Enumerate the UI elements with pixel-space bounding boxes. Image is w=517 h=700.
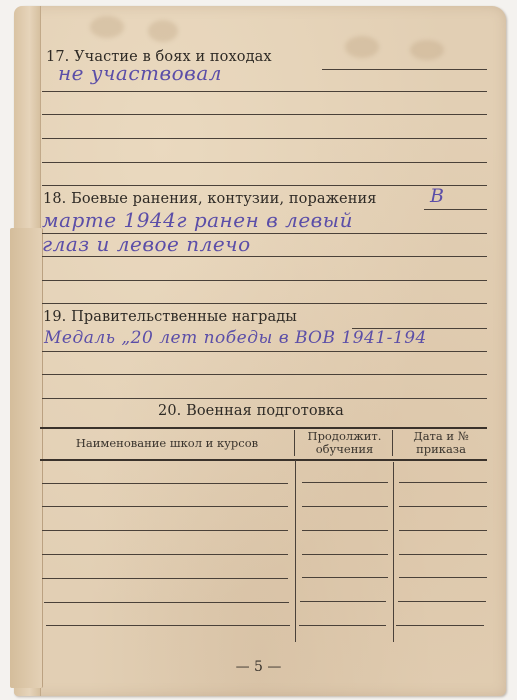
section-17-line <box>42 138 487 139</box>
table-row-line <box>302 577 388 578</box>
section-17-line <box>42 185 487 186</box>
paper-stain <box>345 36 379 58</box>
table-row-line <box>42 578 288 579</box>
table-row-line <box>44 602 289 603</box>
table-row-line <box>399 577 487 578</box>
paper-stain <box>90 16 124 38</box>
section-18-heading-line <box>424 209 487 210</box>
table-header-order-line2: приказа <box>395 443 487 456</box>
section-19-line <box>42 374 487 375</box>
section-19-label: 19. Правительственные награды <box>43 309 297 325</box>
table-row-line <box>302 506 388 507</box>
section-18-label: 18. Боевые ранения, контузии, поражения <box>43 191 376 207</box>
table-row-line <box>398 601 486 602</box>
table-row-line <box>42 483 288 484</box>
table-row-line <box>302 530 388 531</box>
section-17-heading-line <box>322 69 487 70</box>
section-20-title: 20. Военная подготовка <box>158 403 344 419</box>
section-19-handwritten: Медаль „20 лет победы в ВОВ 1941-194 <box>44 328 427 348</box>
section-18-line <box>42 280 487 281</box>
table-row-line <box>299 625 386 626</box>
table-row-line <box>399 506 487 507</box>
table-header-bottom-line <box>40 459 487 461</box>
section-17-handwritten: не участвовал <box>58 61 222 85</box>
paper-stain <box>148 20 178 42</box>
section-17-line <box>42 91 487 92</box>
table-header-divider <box>294 430 295 456</box>
section-17-line <box>42 114 487 115</box>
table-row-line <box>42 554 288 555</box>
table-column-divider <box>295 460 296 642</box>
table-row-line <box>46 625 290 626</box>
table-row-line <box>42 506 288 507</box>
table-row-line <box>399 530 487 531</box>
table-row-line <box>302 482 388 483</box>
section-18-line <box>42 303 487 304</box>
table-row-line <box>300 601 386 602</box>
table-row-line <box>42 530 288 531</box>
table-row-line <box>396 625 484 626</box>
section-18-handwritten-line2: марте 1944г ранен в левый <box>42 208 353 232</box>
table-row-line <box>399 482 487 483</box>
table-header-duration-line2: обучения <box>297 443 392 456</box>
paper-stain <box>410 40 444 60</box>
section-18-handwritten-start: В <box>430 185 444 207</box>
section-18-line <box>42 256 487 257</box>
section-18-handwritten-line3: глаз и левое плечо <box>42 232 251 256</box>
table-row-line <box>302 554 388 555</box>
page-number: — 5 — <box>0 659 517 675</box>
table-header-divider <box>392 430 393 456</box>
table-row-line <box>399 554 487 555</box>
page-fold-edge <box>10 228 43 688</box>
table-column-divider <box>393 462 394 642</box>
section-19-line <box>42 398 487 399</box>
section-19-line <box>42 351 487 352</box>
section-17-line <box>42 162 487 163</box>
table-header-school: Наименование школ и курсов <box>42 437 292 450</box>
